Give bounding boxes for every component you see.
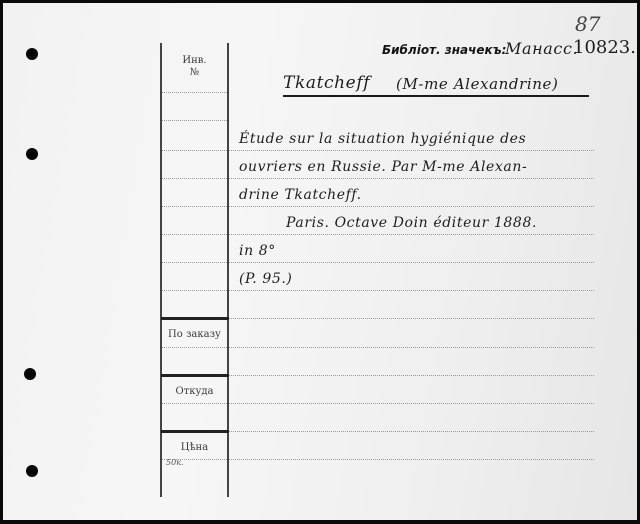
section-separator: [161, 374, 229, 377]
left-column-rule: [162, 92, 227, 93]
punch-hole: [24, 368, 36, 380]
left-column-border-left: [160, 43, 162, 497]
ruled-line: [229, 403, 594, 404]
section-separator: [161, 430, 229, 433]
ruled-line: [229, 431, 594, 432]
by-order-label: По заказу: [162, 329, 227, 341]
ruled-line: [229, 262, 594, 263]
ruled-line: [229, 234, 594, 235]
ruled-line: [229, 290, 594, 291]
ruled-line: [229, 150, 594, 151]
punch-hole: [26, 148, 38, 160]
entry-line-6: (P. 95.): [239, 271, 292, 287]
author-heading-underline: [283, 95, 589, 97]
left-column-rule: [162, 262, 227, 263]
entry-line-5: in 8°: [239, 243, 276, 259]
ruled-line: [229, 375, 594, 376]
ruled-line: [229, 318, 594, 319]
catalog-card: Инв. № По заказу Откуда Цѣна 50к. 87 Биб…: [3, 3, 637, 520]
entry-line-1: Étude sur la situation hygiénique des: [239, 131, 526, 147]
ruled-line: [229, 206, 594, 207]
left-column-rule: [162, 206, 227, 207]
price-label: Цѣна: [162, 442, 227, 454]
inv-number-label: Инв. №: [162, 55, 227, 79]
entry-line-3: drine Tkatcheff.: [239, 187, 362, 203]
left-column-rule: [162, 403, 227, 404]
left-column-rule: [162, 347, 227, 348]
entry-line-2: ouvriers en Russie. Par M-me Alexan-: [239, 159, 527, 175]
author-surname: Tkatcheff: [283, 73, 370, 93]
punch-hole: [26, 465, 38, 477]
library-mark-number: 10823.: [573, 37, 636, 58]
punch-hole: [26, 48, 38, 60]
library-mark-collection: Манасс.: [505, 39, 578, 58]
left-column-rule: [162, 290, 227, 291]
left-column-rule: [162, 178, 227, 179]
left-column-rule: [162, 120, 227, 121]
author-forename: (M-me Alexandrine): [396, 75, 558, 93]
library-mark-label: Библіот. значекъ:: [382, 43, 506, 57]
ruled-line: [229, 459, 594, 460]
section-separator: [161, 317, 229, 320]
left-column-rule: [162, 234, 227, 235]
inv-label-line1: Инв.: [162, 55, 227, 67]
shelfmark-pencil-number: 87: [575, 12, 600, 36]
inv-label-line2: №: [162, 67, 227, 79]
from-where-label: Откуда: [162, 386, 227, 398]
left-column-border-right: [227, 43, 229, 497]
ruled-line: [229, 178, 594, 179]
left-column-rule: [162, 150, 227, 151]
entry-line-4: Paris. Octave Doin éditeur 1888.: [286, 215, 537, 231]
price-value: 50к.: [166, 458, 184, 467]
ruled-line: [229, 347, 594, 348]
